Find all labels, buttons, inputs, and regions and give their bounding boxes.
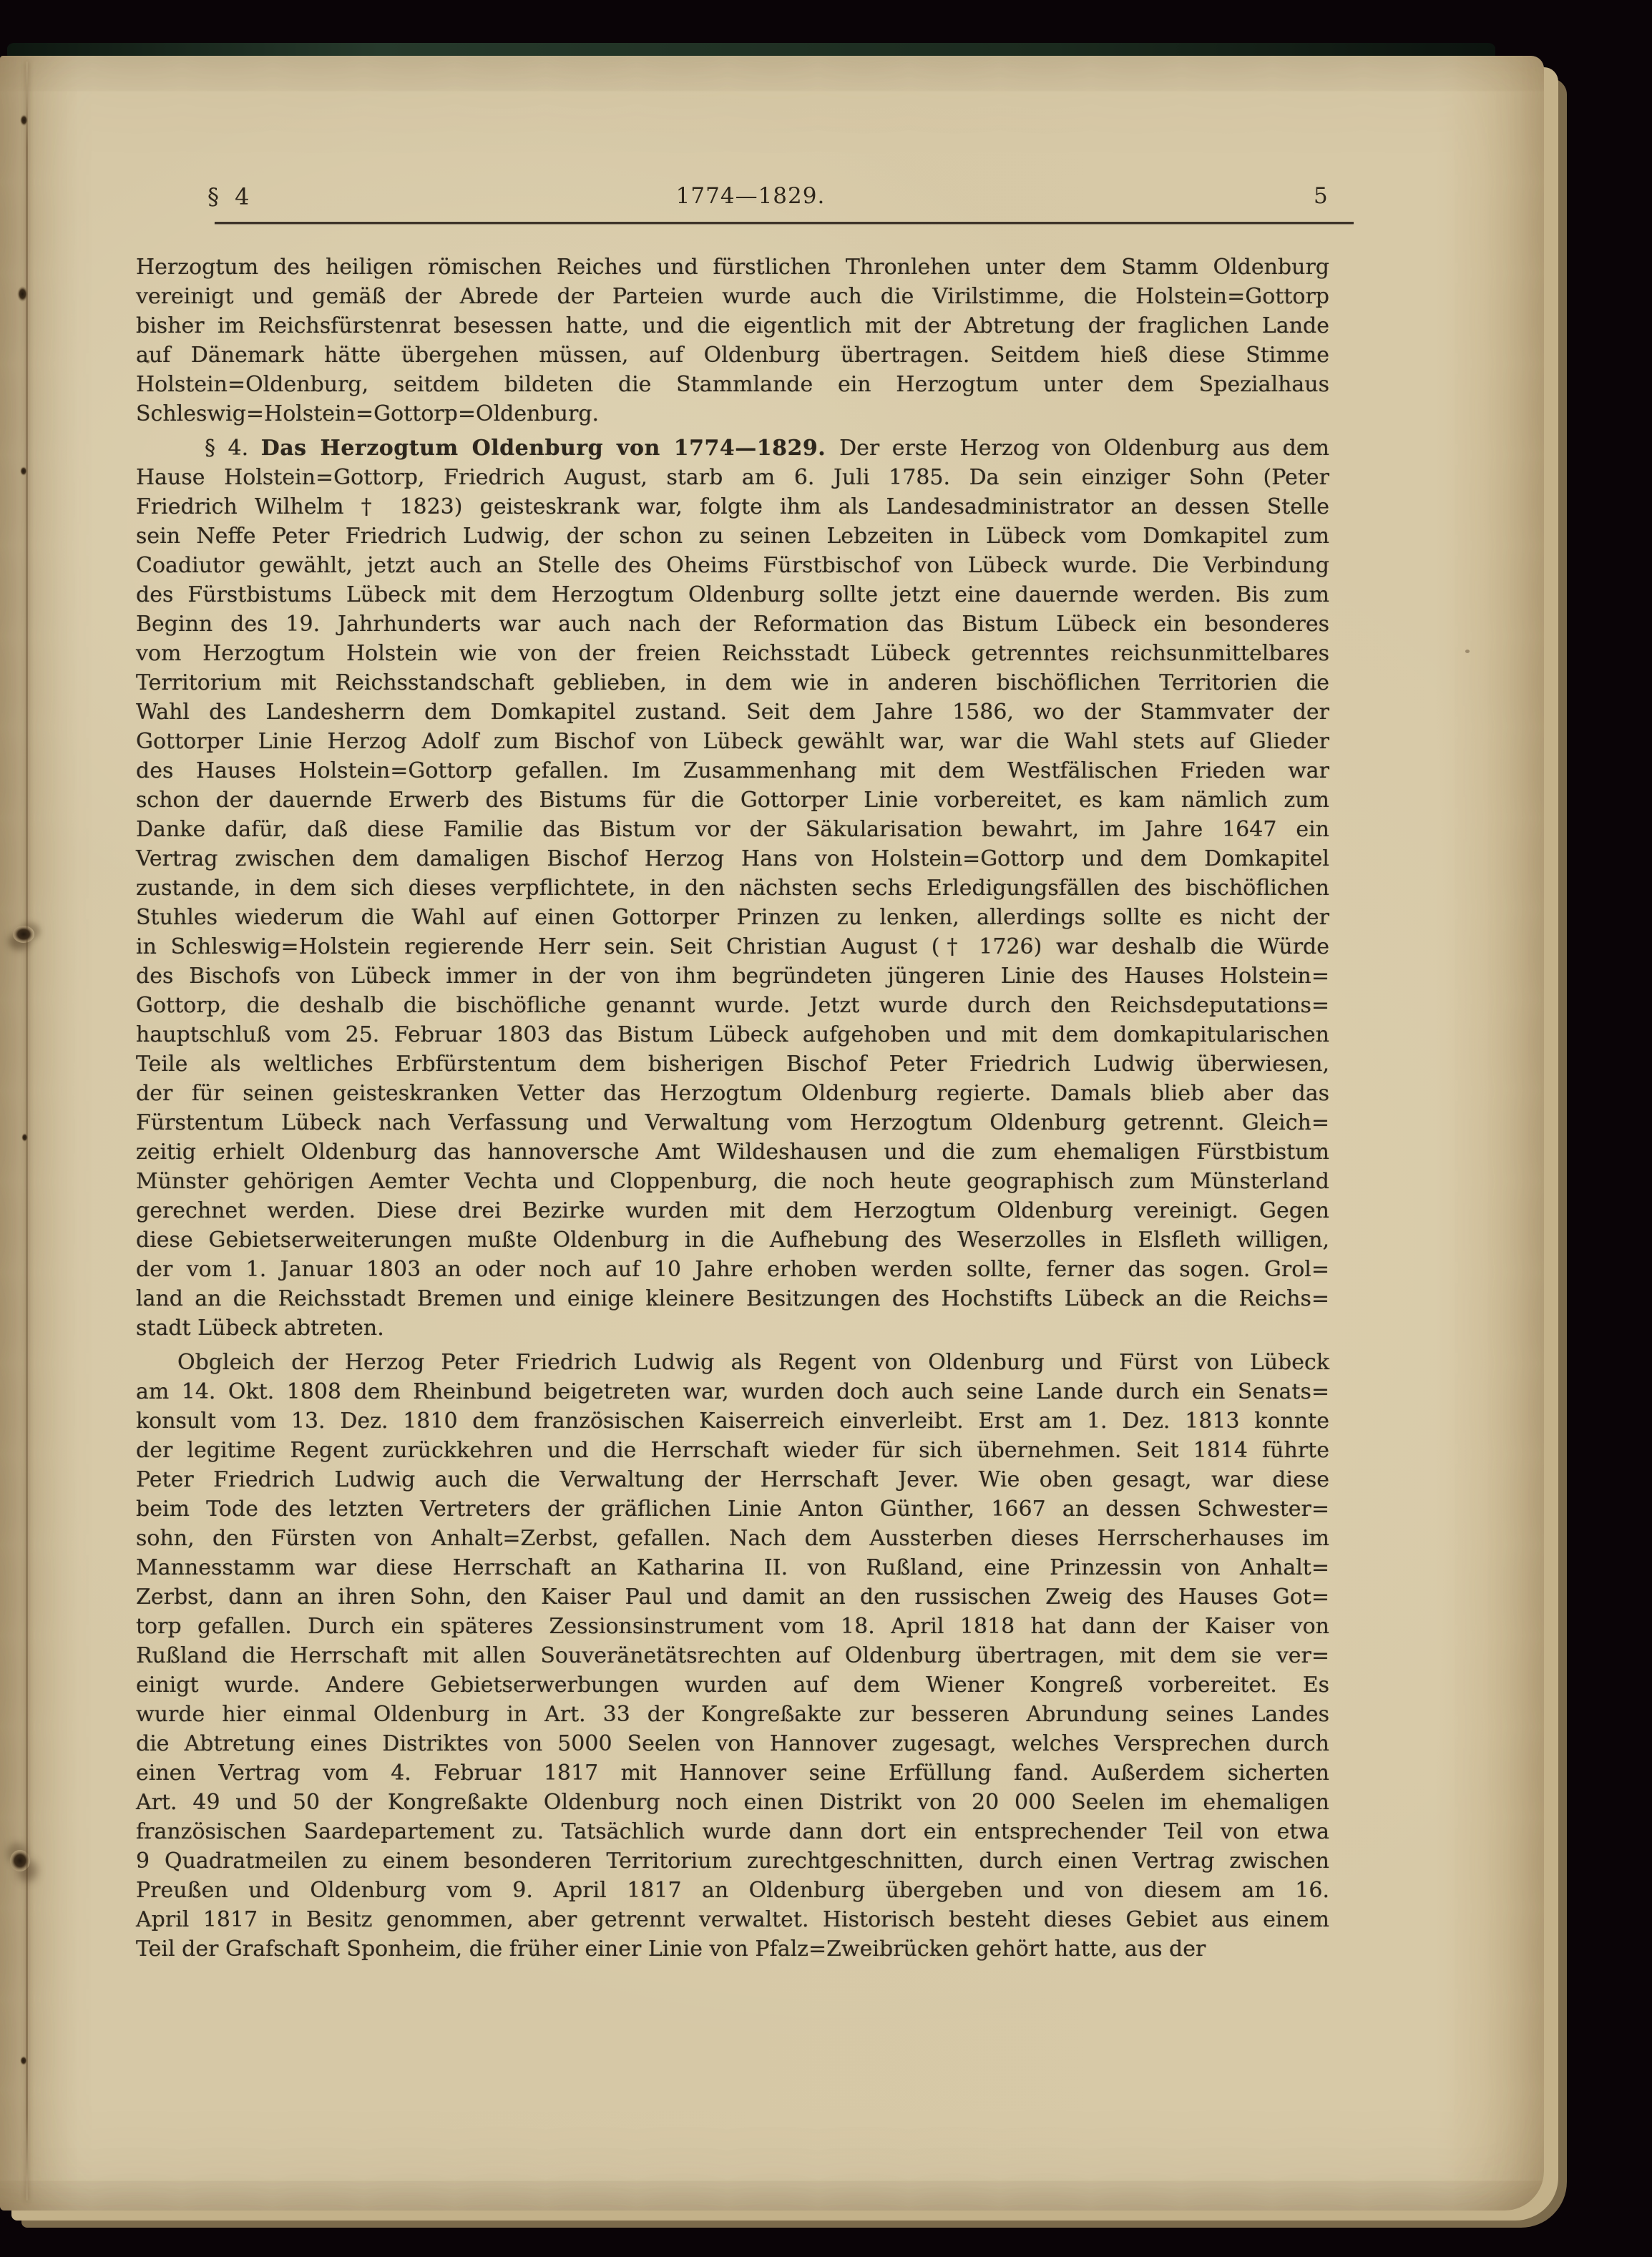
running-title: 1774—1829. bbox=[0, 183, 1523, 209]
header-rule bbox=[215, 222, 1354, 224]
stitch-hole bbox=[10, 1850, 30, 1871]
text-line: Beginn des 19. Jahrhunderts war auch nac… bbox=[136, 609, 1329, 639]
text-line: bisher im Reichsfürstenrat besessen hatt… bbox=[136, 311, 1329, 341]
text-line: Territorium mit Reichsstandschaft geblie… bbox=[136, 668, 1329, 697]
text-line: des Bischofs von Lübeck immer in der von… bbox=[136, 961, 1329, 991]
text-line: wurde hier einmal Oldenburg in Art. 33 d… bbox=[136, 1700, 1329, 1729]
book-page: § 4 1774—1829. 5 Herzogtum des heiligen … bbox=[0, 56, 1544, 2211]
text-line: Art. 49 und 50 der Kongreßakte Oldenburg… bbox=[136, 1788, 1329, 1817]
text-line: Teil der Grafschaft Sponheim, die früher… bbox=[136, 1934, 1329, 1964]
text-line: Zerbst, dann an ihren Sohn, den Kaiser P… bbox=[136, 1582, 1329, 1612]
text-line: Herzogtum des heiligen römischen Reiches… bbox=[136, 253, 1329, 282]
paragraph: Herzogtum des heiligen römischen Reiches… bbox=[136, 253, 1329, 429]
stitch-hole bbox=[21, 1133, 28, 1142]
text-line: Coadiutor gewählt, jetzt auch an Stelle … bbox=[136, 551, 1329, 580]
text-line: Wahl des Landesherrn dem Domkapitel zust… bbox=[136, 697, 1329, 727]
stitch-hole bbox=[13, 926, 34, 943]
text-line: der vom 1. Januar 1803 an oder noch auf … bbox=[136, 1255, 1329, 1284]
text-line: vom Herzogtum Holstein wie von der freie… bbox=[136, 639, 1329, 668]
text-line: Gottorp, die deshalb die bischöfliche ge… bbox=[136, 991, 1329, 1020]
text-line: sein Neffe Peter Friedrich Ludwig, der s… bbox=[136, 522, 1329, 551]
text-line: hauptschluß vom 25. Februar 1803 das Bis… bbox=[136, 1020, 1329, 1049]
text-line: Fürstentum Lübeck nach Verfassung und Ve… bbox=[136, 1108, 1329, 1137]
text-line: Stuhles wiederum die Wahl auf einen Gott… bbox=[136, 903, 1329, 932]
stitch-hole bbox=[20, 114, 28, 126]
stitch-hole bbox=[20, 466, 27, 476]
text-line: am 14. Okt. 1808 dem Rheinbund beigetret… bbox=[136, 1377, 1329, 1406]
text-line: Vertrag zwischen dem damaligen Bischof H… bbox=[136, 844, 1329, 873]
text-line: Friedrich Wilhelm † 1823) geisteskrank w… bbox=[136, 492, 1329, 522]
text-line: Hause Holstein=Gottorp, Friedrich August… bbox=[136, 463, 1329, 492]
section-number-inline: § 4. bbox=[205, 436, 261, 461]
text-line: Preußen und Oldenburg vom 9. April 1817 … bbox=[136, 1876, 1329, 1905]
paragraph-heading-continuation: Der erste Herzog von Oldenburg aus dem bbox=[839, 436, 1329, 461]
text-line: vereinigt und gemäß der Abrede der Parte… bbox=[136, 282, 1329, 311]
text-line: diese Gebietserweiterungen mußte Oldenbu… bbox=[136, 1225, 1329, 1255]
text-line: § 4. Das Herzogtum Oldenburg von 1774—18… bbox=[136, 434, 1329, 463]
scanned-book-photo: { "header": { "section": "§ 4", "title":… bbox=[0, 0, 1652, 2257]
text-line: zeitig erhielt Oldenburg das hannoversch… bbox=[136, 1137, 1329, 1167]
text-line: land an die Reichsstadt Bremen und einig… bbox=[136, 1284, 1329, 1313]
text-line: Schleswig=Holstein=Gottorp=Oldenburg. bbox=[136, 399, 1329, 429]
stitch-hole bbox=[17, 286, 28, 302]
text-line: Obgleich der Herzog Peter Friedrich Ludw… bbox=[136, 1348, 1329, 1377]
text-line: konsult vom 13. Dez. 1810 dem französisc… bbox=[136, 1406, 1329, 1436]
text-line: Danke dafür, daß diese Familie das Bistu… bbox=[136, 815, 1329, 844]
text-line: Rußland die Herrschaft mit allen Souverä… bbox=[136, 1641, 1329, 1670]
text-line: torp gefallen. Durch ein späteres Zessio… bbox=[136, 1612, 1329, 1641]
paper-speck bbox=[1465, 650, 1470, 653]
text-line: gerechnet werden. Diese drei Bezirke wur… bbox=[136, 1196, 1329, 1225]
text-line: zustande, in dem sich dieses verpflichte… bbox=[136, 873, 1329, 903]
text-line: sohn, den Fürsten von Anhalt=Zerbst, gef… bbox=[136, 1524, 1329, 1553]
text-line: Mannesstamm war diese Herrschaft an Kath… bbox=[136, 1553, 1329, 1582]
text-line: beim Tode des letzten Vertreters der grä… bbox=[136, 1494, 1329, 1524]
page-number: 5 bbox=[1314, 183, 1328, 209]
text-line: der legitime Regent zurückkehren und die… bbox=[136, 1436, 1329, 1465]
page-header: § 4 1774—1829. 5 bbox=[0, 183, 1544, 213]
paragraph: § 4. Das Herzogtum Oldenburg von 1774—18… bbox=[136, 434, 1329, 1343]
text-line: des Fürstbistums Lübeck mit dem Herzogtu… bbox=[136, 580, 1329, 609]
text-line: in Schleswig=Holstein regierende Herr se… bbox=[136, 932, 1329, 961]
binding-crease bbox=[26, 62, 28, 2200]
text-line: Peter Friedrich Ludwig auch die Verwaltu… bbox=[136, 1465, 1329, 1494]
text-line: des Hauses Holstein=Gottorp gefallen. Im… bbox=[136, 756, 1329, 785]
text-line: auf Dänemark hätte übergehen müssen, auf… bbox=[136, 341, 1329, 370]
stitch-hole bbox=[20, 2056, 27, 2065]
text-line: Holstein=Oldenburg, seitdem bildeten die… bbox=[136, 370, 1329, 399]
paragraph: Obgleich der Herzog Peter Friedrich Ludw… bbox=[136, 1348, 1329, 1964]
text-line: stadt Lübeck abtreten. bbox=[136, 1313, 1329, 1343]
text-line: Teile als weltliches Erbfürstentum dem b… bbox=[136, 1049, 1329, 1079]
text-line: einen Vertrag vom 4. Februar 1817 mit Ha… bbox=[136, 1758, 1329, 1788]
text-line: die Abtretung eines Distriktes von 5000 … bbox=[136, 1729, 1329, 1758]
text-line: 9 Quadratmeilen zu einem besonderen Terr… bbox=[136, 1846, 1329, 1876]
text-line: April 1817 in Besitz genommen, aber getr… bbox=[136, 1905, 1329, 1934]
text-line: Gottorper Linie Herzog Adolf zum Bischof… bbox=[136, 727, 1329, 756]
paragraph-heading: Das Herzogtum Oldenburg von 1774—1829. bbox=[261, 436, 839, 461]
text-line: französischen Saardepartement zu. Tatsäc… bbox=[136, 1817, 1329, 1846]
text-line: Münster gehörigen Aemter Vechta und Clop… bbox=[136, 1167, 1329, 1196]
text-line: schon der dauernde Erwerb des Bistums fü… bbox=[136, 785, 1329, 815]
text-line: einigt wurde. Andere Gebietserwerbungen … bbox=[136, 1670, 1329, 1700]
text-line: der für seinen geisteskranken Vetter das… bbox=[136, 1079, 1329, 1108]
text-block: Herzogtum des heiligen römischen Reiches… bbox=[136, 253, 1329, 1964]
